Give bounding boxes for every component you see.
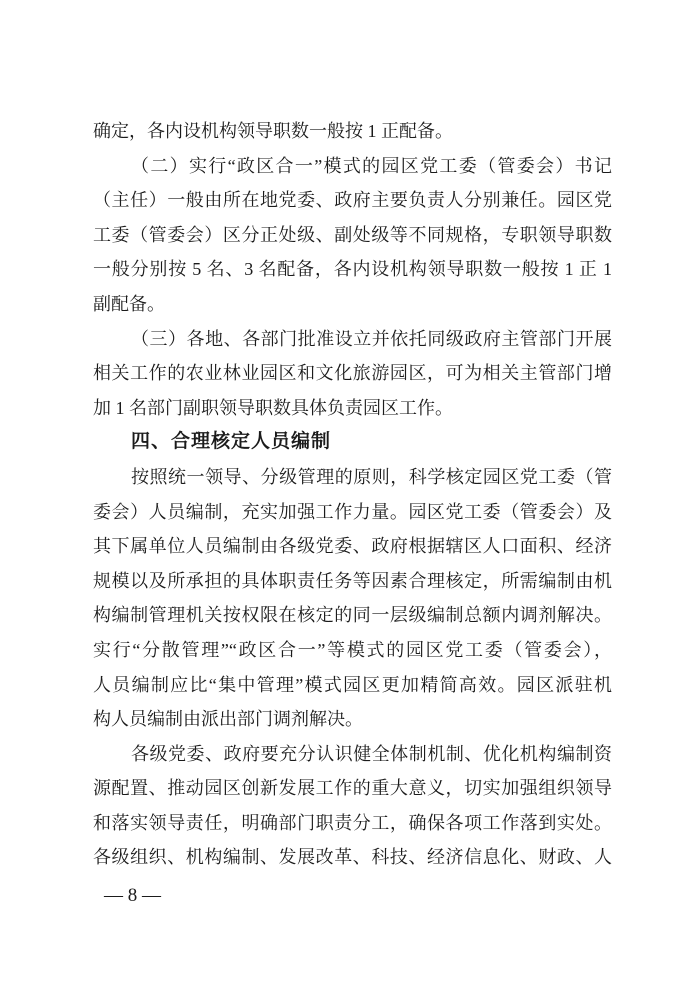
body-line: 构人员编制由派出部门调剂解决。 xyxy=(93,702,612,737)
body-line: 委会）人员编制，充实加强工作力量。园区党工委（管委会）及 xyxy=(93,495,612,530)
body-line: 实行“分散管理”“政区合一”等模式的园区党工委（管委会）， xyxy=(93,633,612,668)
body-line: 人员编制应比“集中管理”模式园区更加精简高效。园区派驻机 xyxy=(93,668,612,703)
body-line: 各级党委、政府要充分认识健全体制机制、优化机构编制资 xyxy=(93,737,612,772)
body-line: 和落实领导责任，明确部门职责分工，确保各项工作落到实处。 xyxy=(93,806,612,841)
document-body: 确定，各内设机构领导职数一般按 1 正配备。 （二）实行“政区合一”模式的园区党… xyxy=(93,114,612,875)
body-line: 源配置、推动园区创新发展工作的重大意义，切实加强组织领导 xyxy=(93,771,612,806)
section-heading: 四、合理核定人员编制 xyxy=(93,425,612,460)
body-line: 确定，各内设机构领导职数一般按 1 正配备。 xyxy=(93,114,612,149)
body-line: （二）实行“政区合一”模式的园区党工委（管委会）书记 xyxy=(93,149,612,184)
body-line: 各级组织、机构编制、发展改革、科技、经济信息化、财政、人 xyxy=(93,840,612,875)
body-line: 相关工作的农业林业园区和文化旅游园区，可为相关主管部门增 xyxy=(93,356,612,391)
body-line: 按照统一领导、分级管理的原则，科学核定园区党工委（管 xyxy=(93,460,612,495)
body-line: 一般分别按 5 名、3 名配备，各内设机构领导职数一般按 1 正 1 xyxy=(93,252,612,287)
document-page: 确定，各内设机构领导职数一般按 1 正配备。 （二）实行“政区合一”模式的园区党… xyxy=(0,0,700,990)
body-line: 规模以及所承担的具体职责任务等因素合理核定，所需编制由机 xyxy=(93,564,612,599)
body-line: （主任）一般由所在地党委、政府主要负责人分别兼任。园区党 xyxy=(93,183,612,218)
body-line: （三）各地、各部门批准设立并依托同级政府主管部门开展 xyxy=(93,322,612,357)
body-line: 工委（管委会）区分正处级、副处级等不同规格，专职领导职数 xyxy=(93,218,612,253)
body-line: 副配备。 xyxy=(93,287,612,322)
body-line: 构编制管理机关按权限在核定的同一层级编制总额内调剂解决。 xyxy=(93,598,612,633)
page-number: — 8 — xyxy=(104,881,161,911)
body-line: 其下属单位人员编制由各级党委、政府根据辖区人口面积、经济 xyxy=(93,529,612,564)
body-line: 加 1 名部门副职领导职数具体负责园区工作。 xyxy=(93,391,612,426)
